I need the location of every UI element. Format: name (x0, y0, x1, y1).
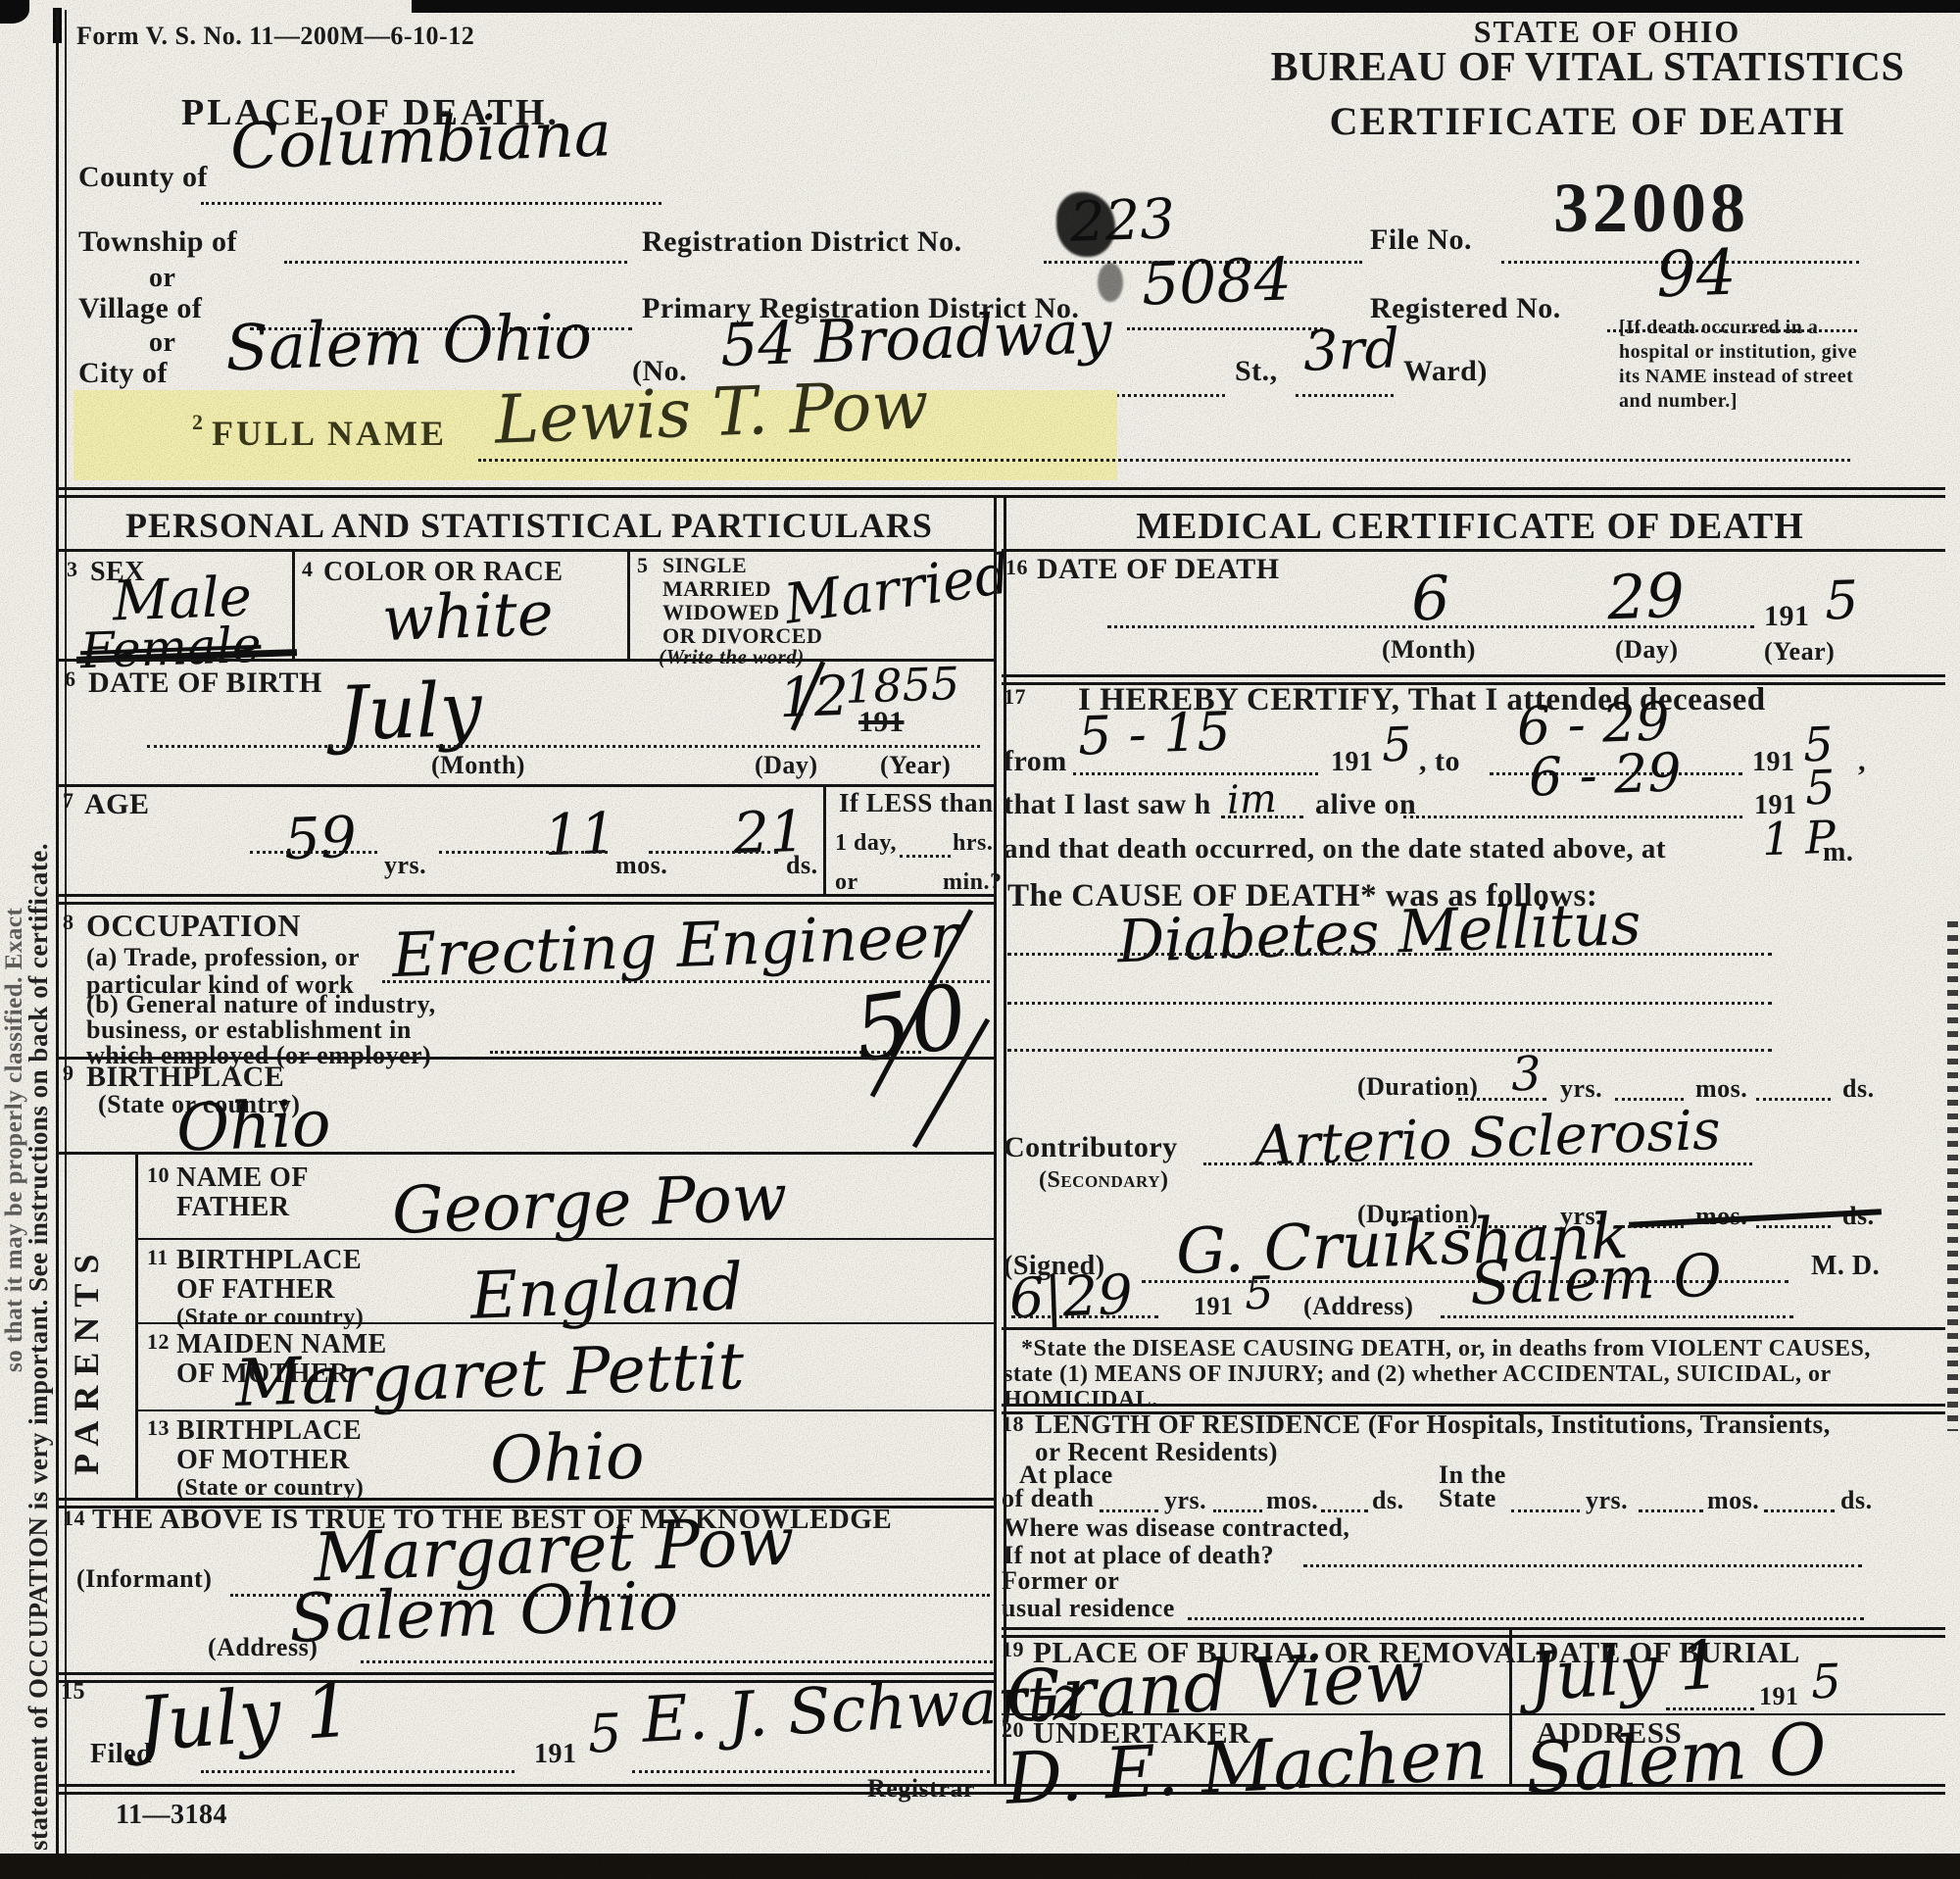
filed-year-value: 5 (587, 1706, 622, 1760)
village-label: Village of (78, 294, 202, 323)
dob-row-rule (59, 784, 997, 787)
occupation-value: Erecting Engineer (391, 906, 959, 986)
signed-date-value: 6|29 (1008, 1268, 1134, 1327)
certify-to-label: , to (1419, 747, 1460, 776)
state-heading: STATE OF OHIO (1294, 16, 1921, 47)
cause-duration-dots-1 (1458, 1098, 1546, 1101)
race-number: 4 (302, 559, 314, 580)
right-title-rule (1002, 549, 1945, 552)
full-name-line (478, 459, 1850, 462)
father-name-number: 10 (147, 1164, 170, 1186)
occupation-b-label-2: business, or establishment in (86, 1017, 412, 1043)
signed-address-value: Salem O (1469, 1247, 1723, 1314)
right-edge-speckle (1947, 921, 1958, 1431)
certify-from-year-printed: 191 (1331, 749, 1374, 776)
parents-section-label: PARENTS (69, 1245, 104, 1475)
full-name-label: FULL NAME (212, 416, 447, 451)
cause-value: Diabetes Mellitus (1116, 895, 1641, 972)
cause-duration-yrs: yrs. (1560, 1076, 1602, 1102)
res-dots-2 (1213, 1509, 1262, 1512)
mother-maiden-value: Margaret Pettit (234, 1334, 745, 1416)
cause-duration-mos: mos. (1695, 1076, 1747, 1102)
father-birthplace-number: 11 (147, 1247, 169, 1268)
filed-number: 15 (61, 1680, 85, 1704)
dod-line (1107, 625, 1754, 628)
death-certificate-scan: so that it may be properly classified. E… (0, 0, 1960, 1879)
dod-day-caption: (Day) (1615, 637, 1679, 663)
mother-maiden-rule (135, 1409, 997, 1411)
birthplace-number: 9 (63, 1063, 74, 1084)
registrar-line (632, 1770, 990, 1773)
less-than-label-2: 1 day, (835, 831, 897, 855)
res-dots-4 (1511, 1509, 1580, 1512)
filed-year-printed: 191 (534, 1741, 577, 1768)
certify-number: 17 (1004, 686, 1026, 708)
dob-year-struck: 191 (858, 708, 905, 737)
marital-label-5: (Write the word) (659, 647, 805, 668)
informant-label: (Informant) (76, 1566, 212, 1592)
informant-address-value: Salem Ohio (288, 1573, 680, 1654)
dod-label: DATE OF DEATH (1037, 555, 1280, 584)
father-name-rule (135, 1238, 997, 1240)
dob-year-caption: (Year) (880, 753, 951, 778)
ink-smudge-small (1098, 263, 1123, 302)
county-line (201, 202, 661, 205)
mother-maiden-number: 12 (147, 1331, 170, 1353)
file-no-value: 32008 (1553, 173, 1749, 243)
margin-note-inner: statement of OCCUPATION is very importan… (25, 843, 52, 1851)
contributory-duration-dots-3 (1756, 1225, 1831, 1228)
father-name-label-1: NAME OF (176, 1164, 309, 1192)
sex-race-divider (292, 551, 295, 661)
res-ds-1: ds. (1372, 1488, 1404, 1513)
scan-top-edge (412, 0, 1960, 13)
less-hrs-caption: hrs. (953, 831, 993, 855)
knowledge-number: 14 (63, 1508, 85, 1529)
hospital-note: [If death occurred in a hospital or inst… (1619, 316, 1864, 414)
burial-date-line (1666, 1707, 1754, 1710)
former-residence-line (1188, 1617, 1864, 1620)
age-yrs-caption: yrs. (384, 853, 426, 878)
cause-duration-value: 3 (1510, 1050, 1542, 1098)
last-saw-line (1403, 816, 1742, 818)
former-residence-label-2: usual residence (1002, 1596, 1175, 1621)
mother-birthplace-label-2: OF MOTHER (176, 1447, 350, 1474)
dob-month-value: July (337, 671, 483, 751)
mother-birthplace-label-1: BIRTHPLACE (176, 1417, 362, 1445)
certify-comma: , (1858, 747, 1866, 776)
age-label: AGE (84, 790, 150, 819)
cause-line-1 (1007, 953, 1772, 956)
cause-line-2 (1007, 1002, 1772, 1005)
disease-contracted-label-1: Where was disease contracted, (1004, 1515, 1349, 1541)
scan-corner-blot (0, 0, 29, 24)
mother-birthplace-sublabel: (State or country) (176, 1476, 364, 1500)
signed-bottom-rule (1002, 1327, 1945, 1330)
dob-year-value: 1855 (844, 661, 960, 710)
cause-footnote-line-1: *State the DISEASE CAUSING DEATH, or, in… (1021, 1337, 1871, 1360)
dod-year-value: 5 (1824, 573, 1859, 627)
res-yrs-2: yrs. (1586, 1488, 1628, 1513)
sex-number: 3 (67, 559, 78, 580)
contributory-label: Contributory (1004, 1133, 1178, 1162)
age-number: 7 (63, 790, 74, 812)
father-name-value: George Pow (391, 1165, 788, 1244)
occupation-b-line (490, 1051, 921, 1054)
former-residence-label-1: Former or (1002, 1568, 1119, 1594)
res-dots-6 (1764, 1509, 1835, 1512)
marital-value: Married (781, 547, 1013, 633)
contributory-sublabel: (Secondary) (1039, 1168, 1168, 1192)
dob-month-caption: (Month) (431, 753, 525, 778)
burial-year-value: 5 (1810, 1657, 1841, 1706)
right-section-title: MEDICAL CERTIFICATE OF DEATH (1039, 508, 1901, 545)
scan-bottom-band (0, 1854, 1960, 1879)
file-no-label: File No. (1370, 225, 1472, 255)
marital-label-3: WIDOWED (662, 602, 780, 623)
last-saw-pre-label: that I last saw h (1004, 790, 1211, 819)
form-footer-code: 11—3184 (116, 1802, 227, 1829)
burial-year-printed: 191 (1759, 1684, 1799, 1709)
occupation-number: 8 (63, 912, 74, 933)
occupation-a-label-1: (a) Trade, profession, or (86, 945, 360, 970)
age-mos-caption: mos. (615, 853, 667, 878)
primary-registration-value: 5084 (1141, 250, 1293, 314)
res-mos-1: mos. (1266, 1488, 1318, 1513)
father-birthplace-rule (135, 1322, 997, 1324)
dob-line (147, 745, 980, 748)
mother-birthplace-number: 13 (147, 1417, 170, 1439)
birthplace-row-rule (59, 1152, 997, 1155)
county-label: County of (78, 163, 208, 192)
registered-no-value: 94 (1655, 242, 1738, 308)
occupation-row-rule (59, 1057, 997, 1060)
certificate-heading: CERTIFICATE OF DEATH (1274, 102, 1901, 141)
cause-duration-ds: ds. (1842, 1076, 1875, 1102)
cause-duration-label: (Duration) (1357, 1074, 1478, 1100)
father-birthplace-label-2: OF FATHER (176, 1276, 335, 1304)
residence-number: 18 (1002, 1413, 1024, 1435)
dob-number: 6 (65, 668, 76, 690)
burial-column-divider (1509, 1627, 1512, 1784)
primary-registration-line (1127, 327, 1323, 330)
street-suffix-label: St., (1235, 357, 1278, 386)
father-birthplace-sublabel: (State or country) (176, 1306, 364, 1329)
marital-label-2: MARRIED (662, 578, 771, 600)
death-time-m-label: m. (1823, 839, 1853, 866)
signed-md-label: M. D. (1811, 1253, 1880, 1280)
last-saw-year-value: 5 (1804, 764, 1836, 812)
birthplace-value: Ohio (175, 1091, 332, 1161)
dob-label: DATE OF BIRTH (88, 668, 322, 698)
full-name-value: Lewis T. Pow (494, 372, 930, 454)
registered-no-label: Registered No. (1370, 294, 1561, 323)
dob-day-caption: (Day) (755, 753, 818, 778)
street-value: 54 Broadway (719, 303, 1112, 375)
burial-date-value: July 1 (1527, 1632, 1723, 1712)
certify-from-label: from (1004, 747, 1067, 776)
left-title-rule (59, 549, 997, 552)
age-box-divider (823, 784, 826, 894)
res-ds-2: ds. (1840, 1488, 1873, 1513)
certify-to-year-printed: 191 (1752, 749, 1795, 776)
father-birthplace-value: England (469, 1255, 744, 1329)
undertaker-address-value: Salem O (1523, 1712, 1829, 1804)
township-label: Township of (78, 227, 237, 257)
dod-number: 16 (1005, 557, 1028, 578)
age-ds-caption: ds. (786, 853, 818, 878)
cause-footnote-line-2: state (1) MEANS OF INJURY; and (2) wheth… (1004, 1362, 1832, 1386)
or-label-1: or (149, 265, 175, 292)
filed-date-value: July 1 (135, 1672, 355, 1761)
last-saw-date-value: 6 - 29 (1528, 746, 1682, 804)
disease-contracted-label-2: If not at place of death? (1004, 1543, 1274, 1568)
township-line (284, 261, 627, 264)
contributory-line (1203, 1162, 1752, 1165)
residence-label-1: LENGTH OF RESIDENCE (For Hospitals, Inst… (1035, 1411, 1831, 1438)
certify-from-line (1073, 772, 1318, 775)
less-than-label-1: If LESS than (839, 790, 994, 816)
dod-month-value: 6 (1410, 568, 1451, 629)
last-saw-him-value: im (1226, 779, 1277, 820)
dod-year-caption: (Year) (1764, 639, 1835, 665)
signed-year-printed: 191 (1194, 1294, 1234, 1319)
state-residence-label: State (1439, 1486, 1496, 1511)
city-value: Salem Ohio (224, 305, 593, 380)
mother-birthplace-value: Ohio (489, 1423, 646, 1493)
parents-divider (135, 1152, 138, 1498)
filed-date-line (201, 1770, 514, 1773)
age-line-2 (439, 851, 608, 854)
ward-line (1296, 394, 1394, 397)
death-occurred-label: and that death occurred, on the date sta… (1004, 835, 1666, 864)
father-birthplace-label-1: BIRTHPLACE (176, 1247, 362, 1274)
marital-number: 5 (637, 555, 649, 576)
res-dots-3 (1321, 1509, 1368, 1512)
res-mos-2: mos. (1707, 1488, 1759, 1513)
last-saw-post-label: alive on (1315, 790, 1416, 819)
age-months-value: 11 (543, 805, 617, 865)
res-yrs-1: yrs. (1164, 1488, 1206, 1513)
or-label-2: or (149, 329, 175, 357)
informant-address-label: (Address) (208, 1635, 318, 1660)
dod-year-printed: 191 (1764, 602, 1810, 631)
full-name-number: 2 (192, 412, 204, 433)
age-line-3 (649, 851, 778, 854)
dod-month-caption: (Month) (1382, 637, 1476, 663)
cause-line-3 (1007, 1049, 1772, 1052)
dod-day-value: 29 (1606, 566, 1686, 629)
certify-from-value: 5 - 15 (1077, 705, 1231, 763)
cause-duration-dots-3 (1756, 1098, 1831, 1101)
race-value: white (381, 583, 554, 650)
ward-suffix-label: Ward) (1403, 357, 1488, 386)
race-marital-divider (627, 551, 630, 661)
informant-address-line (361, 1660, 993, 1663)
registration-district-label: Registration District No. (642, 227, 962, 257)
signed-date-line (1011, 1315, 1158, 1318)
res-dots-1 (1100, 1509, 1158, 1512)
signed-year-value: 5 (1244, 1270, 1274, 1316)
signed-address-line (1441, 1315, 1793, 1318)
signed-address-label: (Address) (1303, 1294, 1413, 1319)
res-dots-5 (1639, 1509, 1703, 1512)
occupation-label: OCCUPATION (86, 910, 301, 941)
bureau-heading: BUREAU OF VITAL STATISTICS (1245, 47, 1931, 88)
ward-value: 3rd (1302, 321, 1400, 379)
father-name-label-2: FATHER (176, 1194, 290, 1221)
occupation-b-label-1: (b) General nature of industry, (86, 992, 436, 1017)
county-value: Columbiana (229, 103, 612, 179)
age-line-1 (250, 851, 377, 854)
disease-contracted-line (1303, 1564, 1862, 1567)
left-section-title: PERSONAL AND STATISTICAL PARTICULARS (64, 508, 995, 543)
city-label: City of (78, 359, 168, 388)
registration-district-value: 223 (1069, 192, 1176, 251)
marital-label-1: SINGLE (662, 555, 747, 576)
less-hrs-line (900, 855, 951, 858)
form-number: Form V. S. No. 11—200M—6-10-12 (76, 24, 474, 49)
less-or-label: or (835, 870, 858, 897)
of-death-label: of death (1002, 1486, 1094, 1511)
certify-from-year-value: 5 (1381, 720, 1412, 768)
age-years-value: 59 (283, 809, 358, 868)
left-border-outer (56, 10, 59, 1854)
